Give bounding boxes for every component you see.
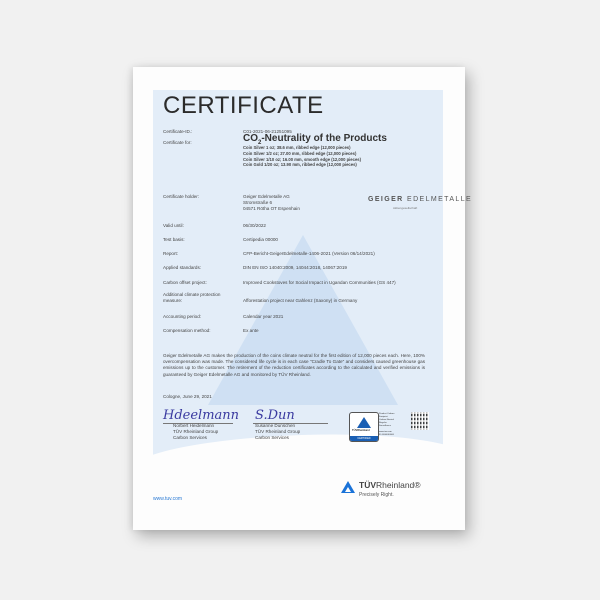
tuv-tagline: Precisely Right. [359,492,394,498]
field-label: Certificate holder: [163,194,233,200]
tuv-watermark-icon [208,235,398,405]
tuv-brand: TÜVRheinland® [359,480,421,490]
product-item: Coin Gold 1/20 oz; 13.90 mm, ribbed edge… [243,162,361,168]
certificate-paper: CERTIFICATE Certificate-ID.: C01-2021-06… [133,67,465,530]
field-label: Certificate-ID.: [163,129,233,135]
tuv-certified-badge: TÜVRheinland CERTIFIED [349,412,379,442]
product-item: Coin Silver 1 oz; 38.6 mm, ribbed edge (… [243,145,361,151]
signer-2: Susanne Dunschen TÜV Rheinland Group Car… [255,423,300,440]
geiger-logo: GEIGER EDELMETALLE [368,196,472,203]
place-date: Cologne, June 29, 2021 [163,394,212,399]
badge-info: Product Carbon Footprint Carbon Neutral … [379,413,394,437]
signer-1: Norbert Heidelmann TÜV Rheinland Group C… [173,423,218,440]
signature-1: Hdeelmann [163,408,239,423]
signature-2: S.Dun [255,408,295,423]
product-list: Coin Silver 1 oz; 38.6 mm, ribbed edge (… [243,145,361,168]
product-item: Coin Silver 1/2 oz; 27.00 mm, ribbed edg… [243,151,361,157]
tuv-triangle-icon [357,417,371,428]
certificate-title: CERTIFICATE [163,92,324,120]
field-label: Certificate for: [163,140,233,146]
statement-text: Geiger Edelmetalle AG makes the producti… [163,353,425,378]
website-link[interactable]: www.tuv.com [153,496,182,502]
geiger-logo-sub: Aktiengesellschaft [393,206,417,210]
